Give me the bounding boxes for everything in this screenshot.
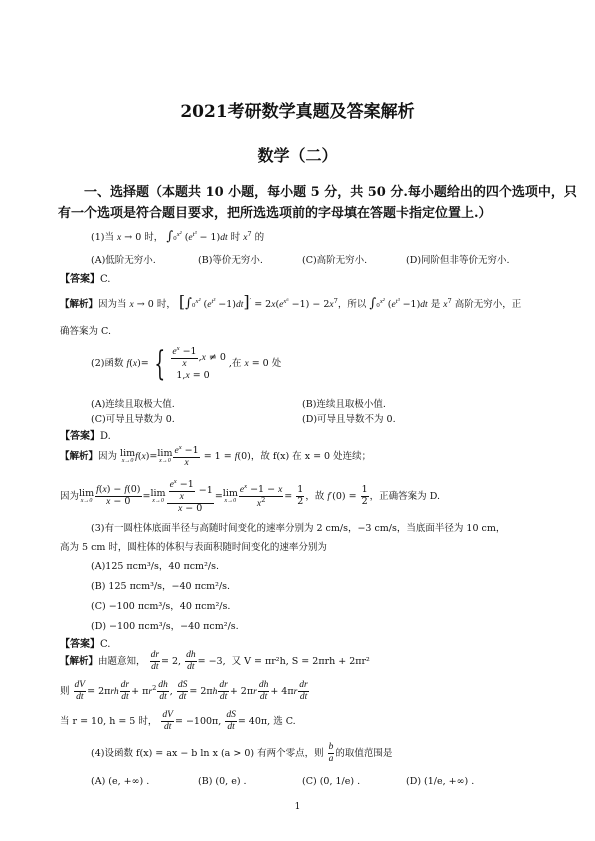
question-4-option-a: (A) (e, +∞) . [91,776,149,787]
question-1-option-c: (C)高阶无穷小. [302,252,367,266]
stem-prefix: 当 x → 0 时， [104,232,163,243]
question-3-option-a: (A)125 πcm³/s，40 πcm²/s. [91,558,219,572]
question-2-stem: (2)函数 f(x)={ ex −1x,x ≠ 0 1,x = 0 ,在 x =… [91,345,281,382]
question-4-option-d: (D) (1/e, +∞) . [406,776,474,787]
analysis-label: 【解析】 [60,656,98,667]
question-2-answer: 【答案】D. [60,427,111,442]
page-number: 1 [0,802,595,812]
question-1-option-d: (D)同阶但非等价无穷小. [406,252,510,266]
document-subtitle: 数学（二） [0,143,595,166]
question-number: (1) [91,232,104,243]
question-2-option-a: (A)连续且取极大值. [91,396,175,410]
question-3-analysis-line3: 当 r = 10, h = 5 时， dVdt= −100π, dSdt= 40… [60,710,296,733]
question-1-option-a: (A)低阶无穷小. [91,252,156,266]
question-2-option-b: (B)连续且取极小值. [302,396,386,410]
analysis-head: 由题意知， [98,656,146,667]
analysis-head: 则 [60,686,70,697]
section-heading-line2: 有一个选项是符合题目要求，把所选选项前的字母填在答题卡指定位置上.） [58,202,492,221]
question-1-analysis-line2: 确答案为 C. [60,323,111,337]
question-3-answer: 【答案】C. [60,635,110,650]
question-1-stem: (1)当 x → 0 时， ∫0x² (et³ − 1)dt 时 x7 的 [91,229,264,244]
analysis-tail: 又 V = πr²h, S = 2πrh + 2πr² [232,656,370,667]
question-3-stem-line1: (3)有一圆柱体底面半径与高随时间变化的速率分别为 2 cm/s，−3 cm/s… [91,520,505,534]
question-3-analysis-line1: 【解析】由题意知， drdt= 2, dhdt= −3, 又 V = πr²h,… [60,650,370,673]
analysis-label: 【解析】 [60,451,98,462]
stem-prefix: 设函数 f(x) = ax − b ln x (a > 0) 有两个零点，则 [104,748,323,759]
question-4-option-c: (C) (0, 1/e) . [302,776,360,787]
integral-expression: ∫0x² (et³ − 1)dt [166,232,227,243]
answer-label: 【答案】 [60,431,100,442]
analysis-label: 【解析】 [60,299,98,310]
question-number: (4) [91,748,104,759]
analysis-head: 当 r = 10, h = 5 时， [60,716,157,727]
question-2-analysis-line1: 【解析】因为 limx→0f(x)=limx→0ex −1x = 1 = f(0… [60,444,371,469]
answer-value: C. [100,639,110,650]
question-1-option-b: (B)等价无穷小. [198,252,263,266]
question-1-analysis-line1: 【解析】因为当 x → 0 时， [∫0x² (et³ −1)dt]′ = 2x… [60,292,521,311]
analysis-tail: ，故 f(x) 在 x = 0 处连续； [251,451,371,462]
question-3-analysis-line2: 则 dVdt= 2πrhdrdt+ πr2dhdt, dSdt= 2πhdrdt… [60,680,310,703]
question-3-option-c: (C) −100 πcm³/s，40 πcm²/s. [91,598,230,612]
answer-label: 【答案】 [60,274,100,285]
question-2-analysis-line2: 因为limx→0f(x) − f(0)x − 0=limx→0ex −1x −1… [60,478,440,515]
question-4-stem: (4)设函数 f(x) = ax − b ln x (a > 0) 有两个零点，… [91,742,392,765]
question-2-option-c: (C)可导且导数为 0. [91,411,175,425]
question-number: (2) [91,358,104,369]
analysis-head: 因为 [60,491,79,502]
piecewise-brace: { [154,347,165,381]
answer-value: D. [100,431,111,442]
answer-value: C. [100,274,110,285]
stem-suffix: 时 x7 的 [231,232,265,243]
question-1-answer: 【答案】C. [60,270,110,285]
question-3-stem-line2: 高为 5 cm 时，圆柱体的体积与表面积随时间变化的速率分别为 [60,539,327,553]
analysis-tail: 选 C. [273,716,295,727]
stem-text: 有一圆柱体底面半径与高随时间变化的速率分别为 2 cm/s，−3 cm/s，当底… [104,523,505,534]
stem-suffix: 的取值范围是 [335,748,392,759]
question-3-option-b: (B) 125 πcm³/s，−40 πcm²/s. [91,578,230,592]
question-3-option-d: (D) −100 πcm³/s，−40 πcm²/s. [91,618,239,632]
section-heading-line1: 一、选择题（本题共 10 小题，每小题 5 分，共 50 分.每小题给出的四个选… [84,181,577,200]
answer-label: 【答案】 [60,639,100,650]
document-title: 2021考研数学真题及答案解析 [0,97,595,122]
question-2-option-d: (D)可导且导数不为 0. [302,411,396,425]
question-4-option-b: (B) (0, e) . [198,776,247,787]
question-number: (3) [91,523,104,534]
